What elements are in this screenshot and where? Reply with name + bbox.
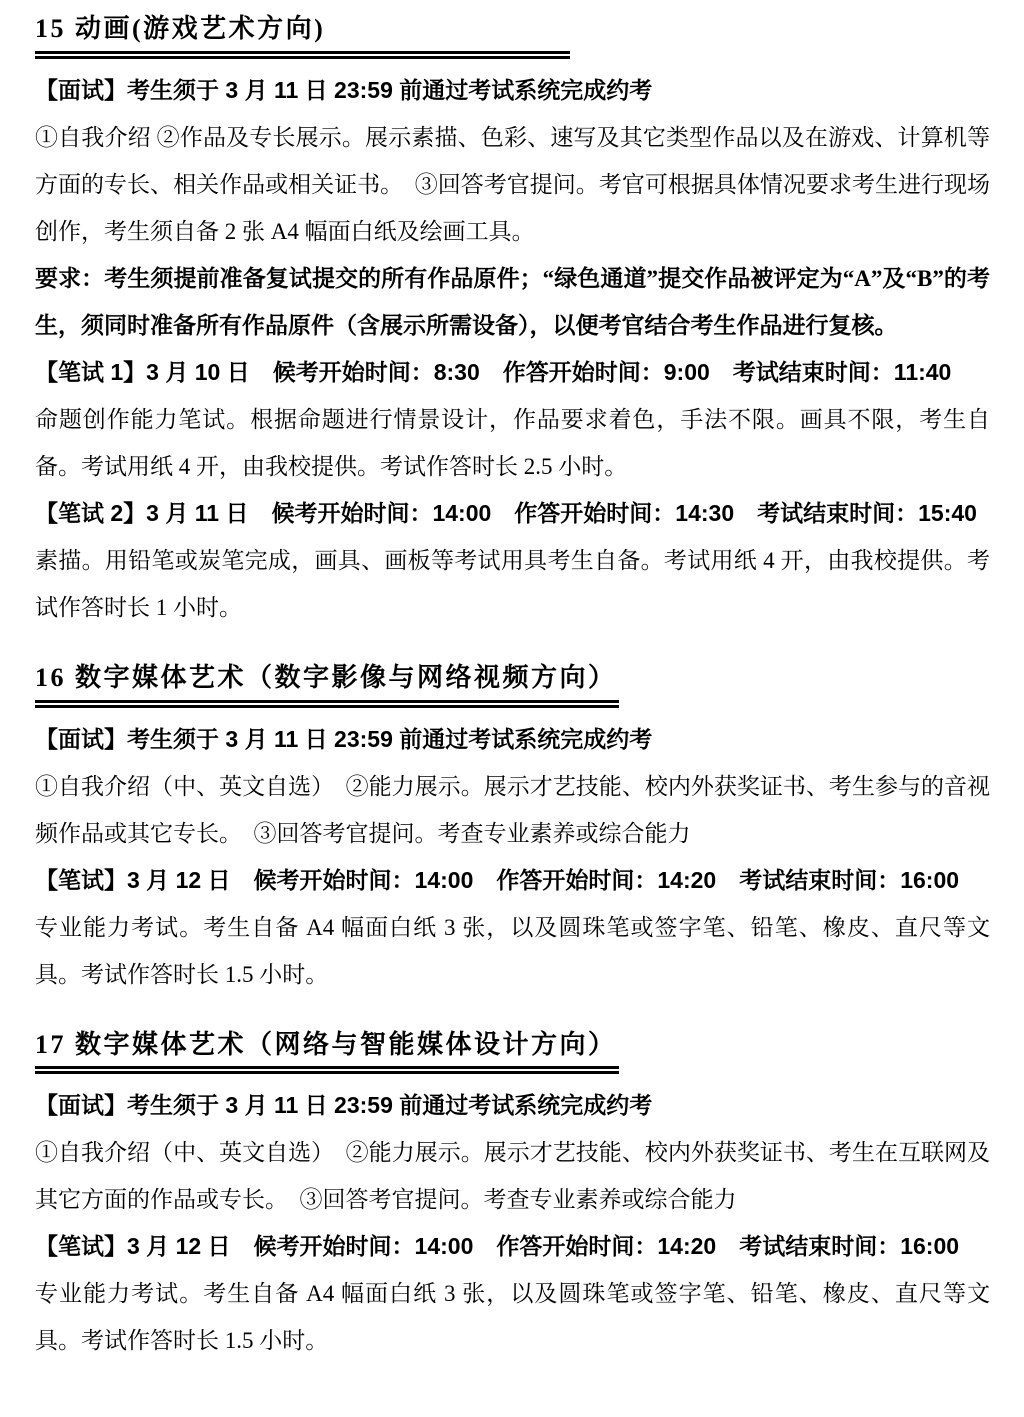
section-15-requirement-note: 要求：考生须提前准备复试提交的所有作品原件；“绿色通道”提交作品被评定为“A”及… [35,255,990,349]
section-15-animation-game-art: 15 动画(游戏艺术方向) 【面试】考生须于 3 月 11 日 23:59 前通… [35,12,990,631]
section-15-written-exam-2-detail: 素描。用铅笔或炭笔完成，画具、画板等考试用具考生自备。考试用纸 4 开，由我校提… [35,537,990,631]
section-16-title: 16 数字媒体艺术（数字影像与网络视频方向） [35,661,619,708]
section-17-interview-header: 【面试】考生须于 3 月 11 日 23:59 前通过考试系统完成约考 [35,1082,990,1129]
section-17-written-exam-header: 【笔试】3 月 12 日 候考开始时间：14:00 作答开始时间：14:20 考… [35,1223,990,1270]
section-16-interview-header: 【面试】考生须于 3 月 11 日 23:59 前通过考试系统完成约考 [35,716,990,763]
section-16-digital-media-video: 16 数字媒体艺术（数字影像与网络视频方向） 【面试】考生须于 3 月 11 日… [35,661,990,998]
section-17-digital-media-smart-design: 17 数字媒体艺术（网络与智能媒体设计方向） 【面试】考生须于 3 月 11 日… [35,1028,990,1365]
section-16-interview-detail: ①自我介绍（中、英文自选） ②能力展示。展示才艺技能、校内外获奖证书、考生参与的… [35,763,990,857]
section-17-written-exam-detail: 专业能力考试。考生自备 A4 幅面白纸 3 张，以及圆珠笔或签字笔、铅笔、橡皮、… [35,1270,990,1364]
section-15-written-exam-2-header: 【笔试 2】3 月 11 日 候考开始时间：14:00 作答开始时间：14:30… [35,490,990,537]
section-16-written-exam-header: 【笔试】3 月 12 日 候考开始时间：14:00 作答开始时间：14:20 考… [35,857,990,904]
section-17-title: 17 数字媒体艺术（网络与智能媒体设计方向） [35,1028,619,1075]
section-17-interview-detail: ①自我介绍（中、英文自选） ②能力展示。展示才艺技能、校内外获奖证书、考生在互联… [35,1129,990,1223]
section-15-title: 15 动画(游戏艺术方向) [35,12,570,59]
section-15-interview-header: 【面试】考生须于 3 月 11 日 23:59 前通过考试系统完成约考 [35,67,990,114]
document-page: 15 动画(游戏艺术方向) 【面试】考生须于 3 月 11 日 23:59 前通… [0,0,1024,1417]
section-16-written-exam-detail: 专业能力考试。考生自备 A4 幅面白纸 3 张，以及圆珠笔或签字笔、铅笔、橡皮、… [35,904,990,998]
section-15-written-exam-1-header: 【笔试 1】3 月 10 日 候考开始时间：8:30 作答开始时间：9:00 考… [35,349,990,396]
section-15-written-exam-1-detail: 命题创作能力笔试。根据命题进行情景设计，作品要求着色，手法不限。画具不限，考生自… [35,396,990,490]
section-15-interview-detail: ①自我介绍 ②作品及专长展示。展示素描、色彩、速写及其它类型作品以及在游戏、计算… [35,114,990,255]
